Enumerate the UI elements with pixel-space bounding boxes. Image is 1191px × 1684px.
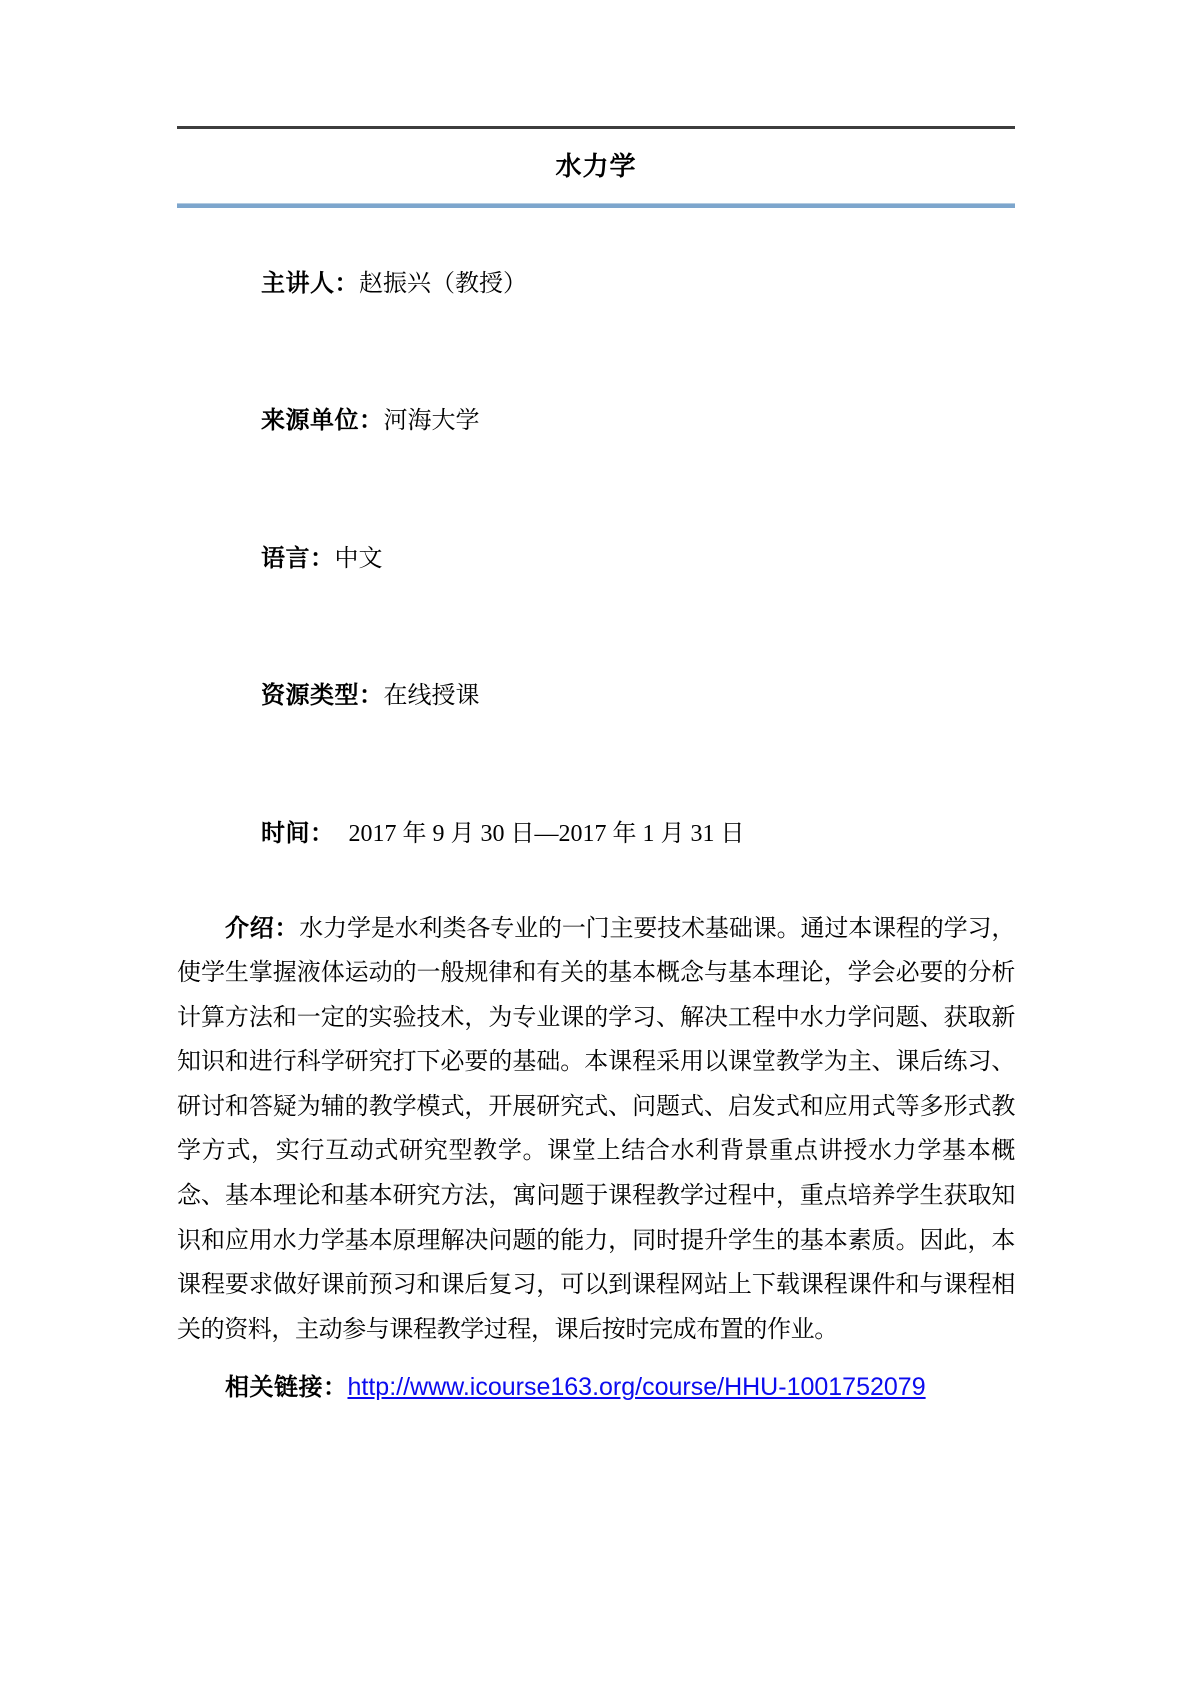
meta-field-label: 主讲人： xyxy=(261,270,359,297)
meta-field-label: 来源单位： xyxy=(261,407,384,434)
meta-field-time: 时间：2017 年 9 月 30 日—2017 年 1 月 31 日 xyxy=(177,765,1015,903)
document-page: 水力学 主讲人：赵振兴（教授） 来源单位：河海大学 语言：中文 资源类型：在线授… xyxy=(177,0,1015,1411)
related-link-row: 相关链接：http://www.icourse163.org/course/HH… xyxy=(177,1365,1015,1411)
page-title: 水力学 xyxy=(177,129,1015,203)
meta-field-value: 在线授课 xyxy=(384,683,480,709)
course-link[interactable]: http://www.icourse163.org/course/HHU-100… xyxy=(348,1373,926,1401)
meta-field-lecturer: 主讲人：赵振兴（教授） xyxy=(177,215,1015,353)
meta-field-value: 河海大学 xyxy=(384,408,480,434)
meta-field-value: 2017 年 9 月 30 日—2017 年 1 月 31 日 xyxy=(335,821,745,847)
intro-text: 水力学是水利类各专业的一门主要技术基础课。通过本课程的学习，使学生掌握液体运动的… xyxy=(177,916,1015,1343)
meta-field-resource-type: 资源类型：在线授课 xyxy=(177,628,1015,766)
title-underline-rule xyxy=(177,203,1015,208)
intro-label: 介绍： xyxy=(225,915,299,942)
meta-field-value: 赵振兴（教授） xyxy=(359,271,527,297)
meta-field-label: 资源类型： xyxy=(261,682,384,709)
meta-field-label: 时间： xyxy=(261,820,335,847)
meta-field-label: 语言： xyxy=(261,545,335,572)
intro-paragraph: 介绍：水力学是水利类各专业的一门主要技术基础课。通过本课程的学习，使学生掌握液体… xyxy=(177,907,1015,1353)
related-link-label: 相关链接： xyxy=(225,1374,348,1401)
metadata-section: 主讲人：赵振兴（教授） 来源单位：河海大学 语言：中文 资源类型：在线授课 时间… xyxy=(177,215,1015,903)
meta-field-value: 中文 xyxy=(335,546,383,572)
meta-field-language: 语言：中文 xyxy=(177,490,1015,628)
meta-field-source: 来源单位：河海大学 xyxy=(177,353,1015,491)
